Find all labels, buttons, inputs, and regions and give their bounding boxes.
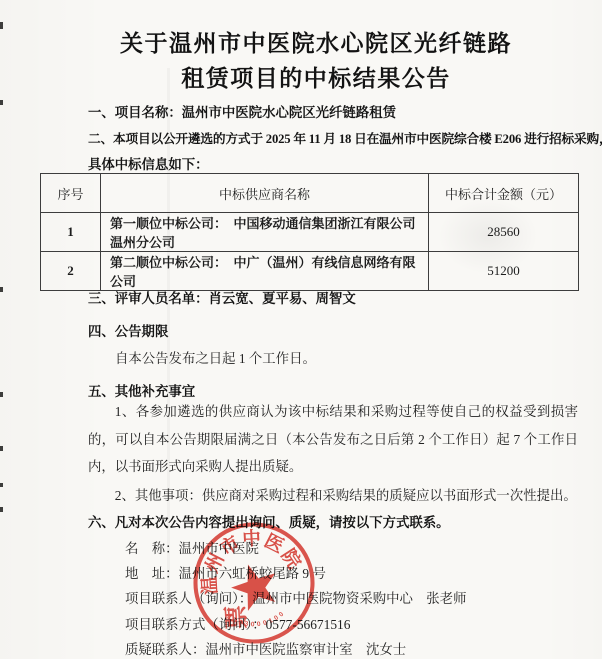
seal-ring-char-4: 中	[242, 527, 262, 549]
cell-row1-amount: 28560	[429, 213, 579, 252]
section-table-intro: 具体中标信息如下：	[88, 156, 209, 174]
cell-row2-supplier: 第二顺位中标公司： 中广（温州）有线信息网络有限公司	[101, 252, 429, 291]
table-row: 2 第二顺位中标公司： 中广（温州）有线信息网络有限公司 51200	[41, 252, 579, 291]
table-row: 1 第一顺位中标公司： 中国移动通信集团浙江有限公司温州分公司 28560	[41, 213, 579, 252]
table-header-row: 序号 中标供应商名称 中标合计金额（元）	[41, 174, 579, 213]
seal-serial-number: 3303000100	[224, 597, 289, 638]
section-procurement-method: 二、本项目以公开遴选的方式于 2025 年 11 月 18 日在温州市中医院综合…	[88, 130, 602, 148]
scan-speck	[0, 483, 3, 487]
cell-row2-index: 2	[41, 252, 101, 291]
document-title-line2: 租赁项目的中标结果公告	[30, 61, 602, 96]
header-cell-amount: 中标合计金额（元）	[429, 174, 579, 213]
section-announcement-period-body: 自本公告发布之日起 1 个工作日。	[115, 350, 316, 368]
section-supplementary-item2: 2、其他事项：供应商对采购过程和采购结果的质疑应以书面形式一次性提出。	[88, 487, 578, 505]
seal-star-icon	[226, 557, 284, 613]
header-cell-index: 序号	[41, 174, 101, 213]
svg-text:3303000100: 3303000100	[224, 597, 289, 638]
section-announcement-period-heading: 四、公告期限	[88, 323, 168, 341]
bid-results-table: 序号 中标供应商名称 中标合计金额（元） 1 第一顺位中标公司： 中国移动通信集…	[40, 173, 579, 291]
scan-speck	[0, 287, 3, 292]
section-supplementary-item1: 1、各参加遴选的供应商认为该中标结果和采购过程等使自己的权益受到损害的，可以自本…	[88, 398, 578, 481]
document-title: 关于温州市中医院水心院区光纤链路 租赁项目的中标结果公告	[30, 26, 602, 96]
scan-speck	[0, 507, 3, 512]
cell-row1-supplier: 第一顺位中标公司： 中国移动通信集团浙江有限公司温州分公司	[101, 213, 429, 252]
scan-speck	[0, 446, 3, 451]
header-cell-supplier: 中标供应商名称	[101, 174, 429, 213]
scanned-document-page: 关于温州市中医院水心院区光纤链路 租赁项目的中标结果公告 一、项目名称：温州市中…	[0, 0, 602, 659]
seal-ring-char-1: 温	[198, 575, 220, 595]
scan-speck	[0, 22, 3, 29]
section-evaluators: 三、评审人员名单：肖云宽、夏平易、周智文	[88, 290, 356, 308]
document-title-line1: 关于温州市中医院水心院区光纤链路	[30, 26, 602, 61]
scan-speck	[0, 392, 3, 397]
section-project-name: 一、项目名称：温州市中医院水心院区光纤链路租赁	[88, 104, 396, 122]
cell-row2-amount: 51200	[429, 252, 579, 291]
cell-row1-index: 1	[41, 213, 101, 252]
scan-speck	[0, 100, 3, 105]
